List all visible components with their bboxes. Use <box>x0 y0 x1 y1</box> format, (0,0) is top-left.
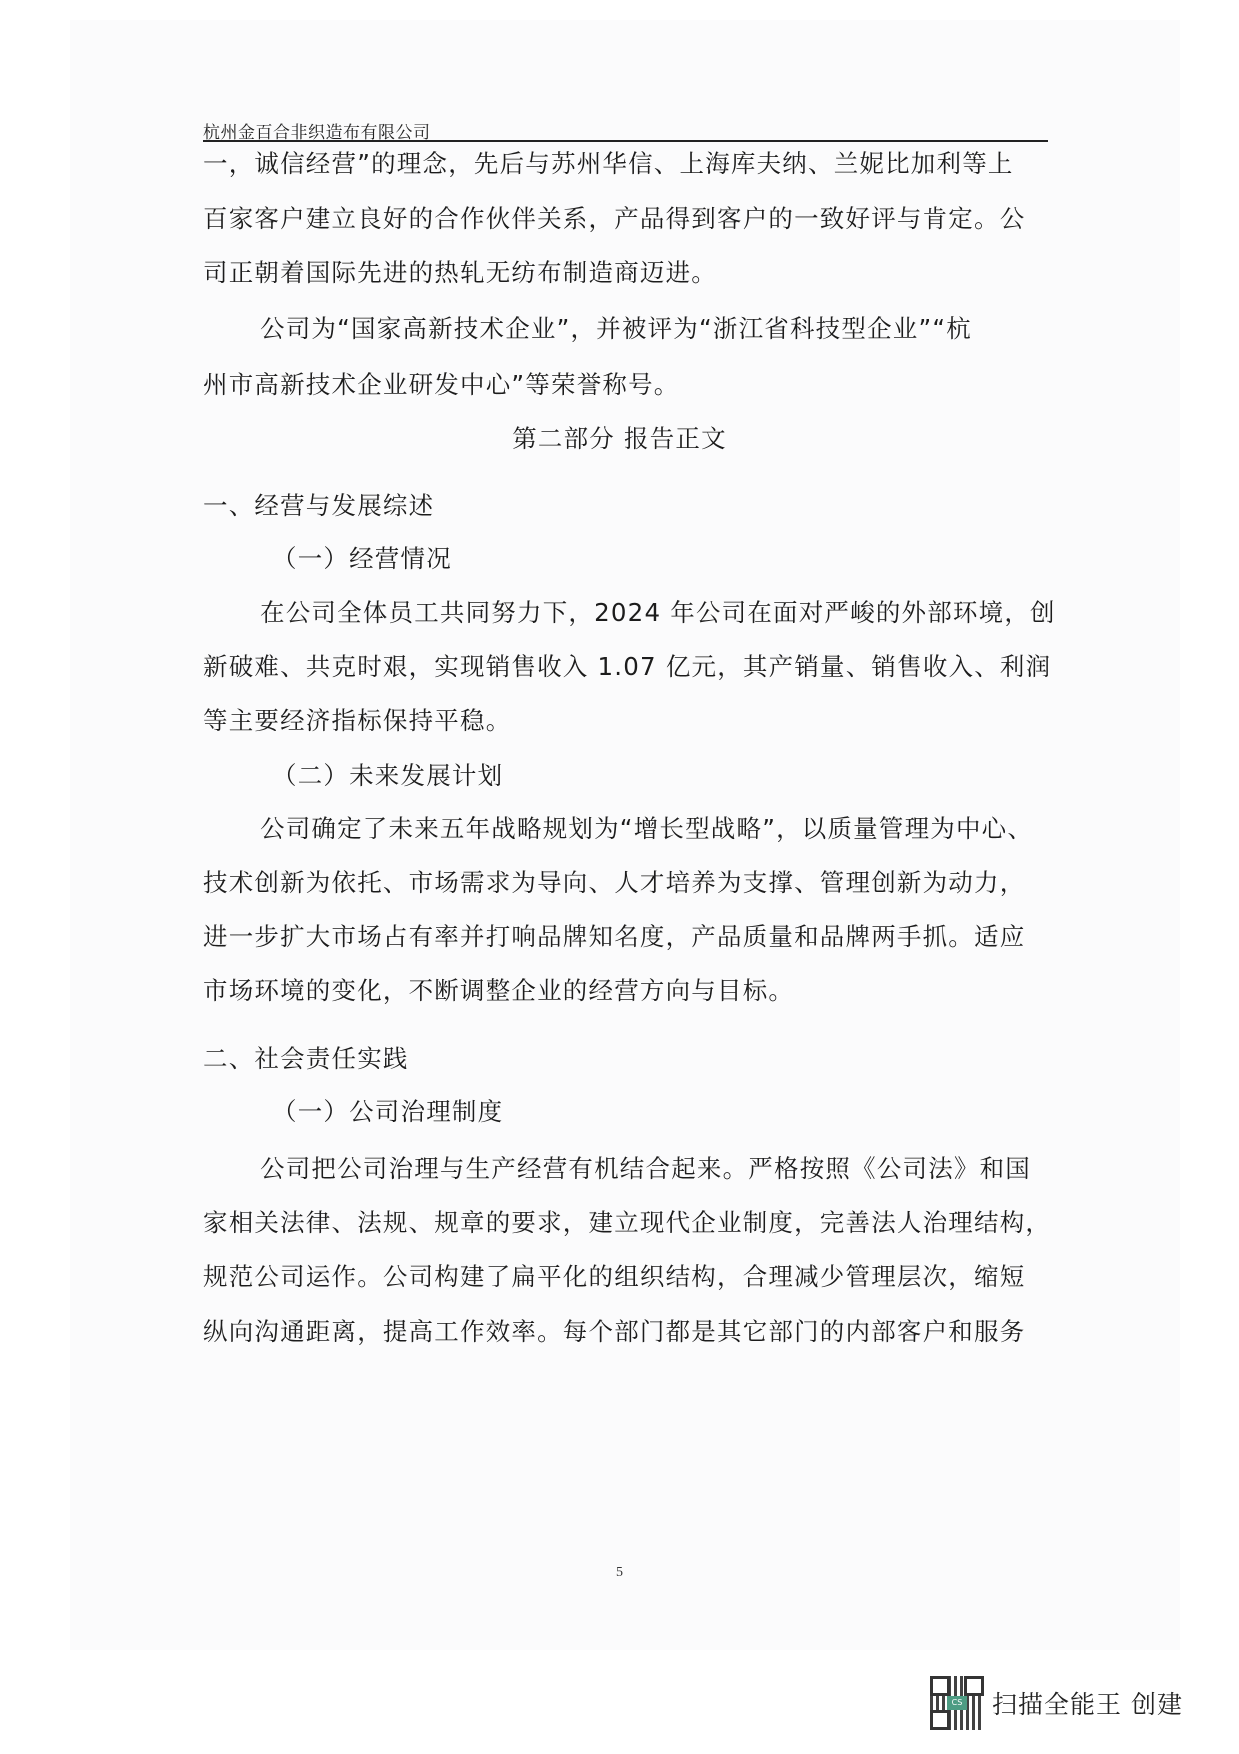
qr-code-icon: CS <box>930 1676 984 1730</box>
text-line: 一，诚信经营”的理念，先后与苏州华信、上海库夫纳、兰妮比加利等上 <box>203 145 1014 180</box>
text-line: 公司把公司治理与生产经营有机结合起来。严格按照《公司法》和国 <box>260 1150 1031 1185</box>
text-line: 市场环境的变化，不断调整企业的经营方向与目标。 <box>203 972 794 1007</box>
text-line: 纵向沟通距离，提高工作效率。每个部门都是其它部门的内部客户和服务 <box>203 1313 1025 1348</box>
section-title: 第二部分 报告正文 <box>0 420 1239 455</box>
header-rule <box>203 140 1048 142</box>
text-line: 规范公司运作。公司构建了扁平化的组织结构，合理减少管理层次，缩短 <box>203 1258 1025 1293</box>
cs-badge: CS <box>947 1696 967 1710</box>
text-line: 家相关法律、法规、规章的要求，建立现代企业制度，完善法人治理结构， <box>203 1204 1051 1239</box>
text-line: 司正朝着国际先进的热轧无纺布制造商迈进。 <box>203 254 717 289</box>
page-number: 5 <box>0 1565 1239 1581</box>
text-line: 等主要经济指标保持平稳。 <box>203 702 511 737</box>
watermark-text: 扫描全能王 创建 <box>992 1685 1183 1721</box>
text-line: 州市高新技术企业研发中心”等荣誉称号。 <box>203 366 680 401</box>
text-line: 百家客户建立良好的合作伙伴关系，产品得到客户的一致好评与肯定。公 <box>203 200 1025 235</box>
subsection-heading: （一）经营情况 <box>272 540 452 575</box>
text-line: 新破难、共克时艰，实现销售收入 1.07 亿元，其产销量、销售收入、利润 <box>203 648 1051 683</box>
text-line: 二、社会责任实践 <box>203 1040 409 1075</box>
text-line: 公司为“国家高新技术企业”，并被评为“浙江省科技型企业”“杭 <box>260 310 972 345</box>
subsection-heading: （一）公司治理制度 <box>272 1093 503 1128</box>
text-line: 公司确定了未来五年战略规划为“增长型战略”，以质量管理为中心、 <box>260 810 1033 845</box>
text-line: 技术创新为依托、市场需求为导向、人才培养为支撑、管理创新为动力， <box>203 864 1025 899</box>
scanner-watermark: CS 扫描全能王 创建 <box>930 1676 1183 1730</box>
subsection-heading: （二）未来发展计划 <box>272 757 503 792</box>
text-line: 进一步扩大市场占有率并打响品牌知名度，产品质量和品牌两手抓。适应 <box>203 918 1025 953</box>
text-line: 在公司全体员工共同努力下，2024 年公司在面对严峻的外部环境，创 <box>260 594 1056 629</box>
text-line: 一、经营与发展综述 <box>203 487 434 522</box>
